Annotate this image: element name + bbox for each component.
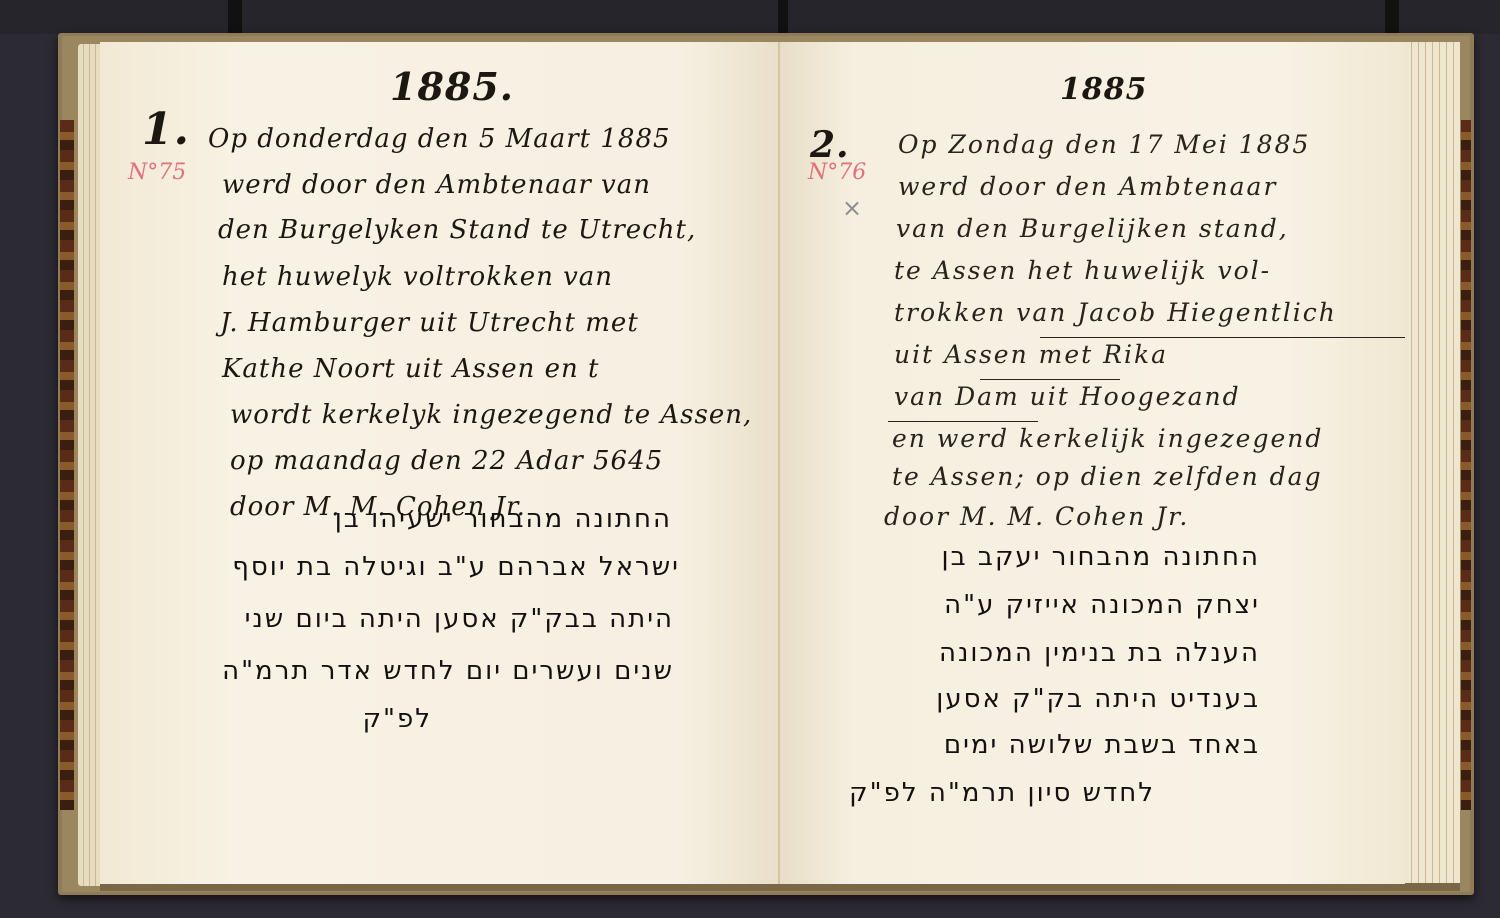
- pencil-mark: ×: [842, 194, 862, 222]
- marbled-edge-right: [1461, 120, 1471, 810]
- bottom-edge: [100, 883, 1460, 891]
- left-page: 1885. 1. N°75 Op donderdag den 5 Maart 1…: [100, 42, 780, 884]
- hebrew-line: לחדש סיון תרמ"ה לפ"ק: [849, 778, 1155, 808]
- page-stack-right: [1405, 42, 1460, 886]
- year-heading: 1885: [1060, 72, 1148, 107]
- dutch-line: Op Zondag den 17 Mei 1885: [898, 130, 1310, 159]
- dutch-line: te Assen; op dien zelfden dag: [892, 462, 1323, 491]
- hebrew-line: הענלה בת בנימין המכונה: [939, 638, 1260, 668]
- dutch-line: het huwelyk voltrokken van: [222, 262, 613, 292]
- dutch-line: van den Burgelijken stand,: [896, 214, 1289, 243]
- register-number: N°75: [128, 160, 186, 185]
- dutch-line: uit Assen met Rika: [894, 340, 1168, 369]
- hebrew-line: יצחק המכונה אייזיק ע"ה: [944, 590, 1260, 620]
- register-number: N°76: [808, 160, 866, 185]
- name-underline: [1040, 337, 1405, 338]
- hebrew-line: החתונה מהבחור יעקב בן: [942, 542, 1260, 572]
- dutch-line: werd door den Ambtenaar van: [222, 170, 651, 200]
- dutch-line: trokken van Jacob Hiegentlich: [894, 298, 1337, 327]
- clip-left: [228, 0, 242, 36]
- clip-center: [778, 0, 788, 36]
- dutch-line: op maandag den 22 Adar 5645: [230, 446, 663, 476]
- dutch-line: van Dam uit Hoogezand: [894, 382, 1241, 411]
- clip-right: [1385, 0, 1399, 36]
- dutch-line: Kathe Noort uit Assen en t: [222, 354, 599, 384]
- entry-number: 1.: [142, 104, 190, 155]
- dutch-line: te Assen het huwelijk vol-: [894, 256, 1271, 285]
- name-underline: [888, 421, 1038, 422]
- hebrew-line: באחד בשבת שלושה ימים: [944, 730, 1260, 760]
- dutch-line: wordt kerkelyk ingezegend te Assen,: [230, 400, 752, 430]
- hebrew-line: בענדיט היתה בק"ק אסען: [936, 684, 1260, 714]
- right-page: 1885 2. N°76 × Op Zondag den 17 Mei 1885…: [780, 42, 1405, 884]
- dutch-line: en werd kerkelijk ingezegend: [892, 424, 1323, 453]
- page-stack-left: [78, 44, 102, 886]
- hebrew-line: היתה בבק"ק אסען היתה ביום שני: [245, 604, 674, 634]
- hebrew-line: שנים ועשרים יום לחדש אדר תרמ"ה: [222, 656, 674, 686]
- year-heading: 1885.: [390, 64, 514, 109]
- dutch-line: J. Hamburger uit Utrecht met: [220, 308, 639, 338]
- hebrew-line: החתונה מהבחור ישעיהו בן: [335, 504, 672, 534]
- hebrew-line: ישראל אברהם ע"ב וגיטלה בת יוסף: [232, 552, 680, 582]
- dutch-line: door M. M. Cohen Jr.: [884, 502, 1189, 531]
- dutch-line: Op donderdag den 5 Maart 1885: [208, 124, 671, 154]
- dutch-line: den Burgelyken Stand te Utrecht,: [218, 215, 696, 245]
- marbled-edge-left: [60, 120, 74, 810]
- name-underline: [980, 379, 1120, 380]
- hebrew-line: לפ"ק: [363, 704, 432, 734]
- background-top: [0, 0, 1500, 34]
- dutch-line: werd door den Ambtenaar: [898, 172, 1277, 201]
